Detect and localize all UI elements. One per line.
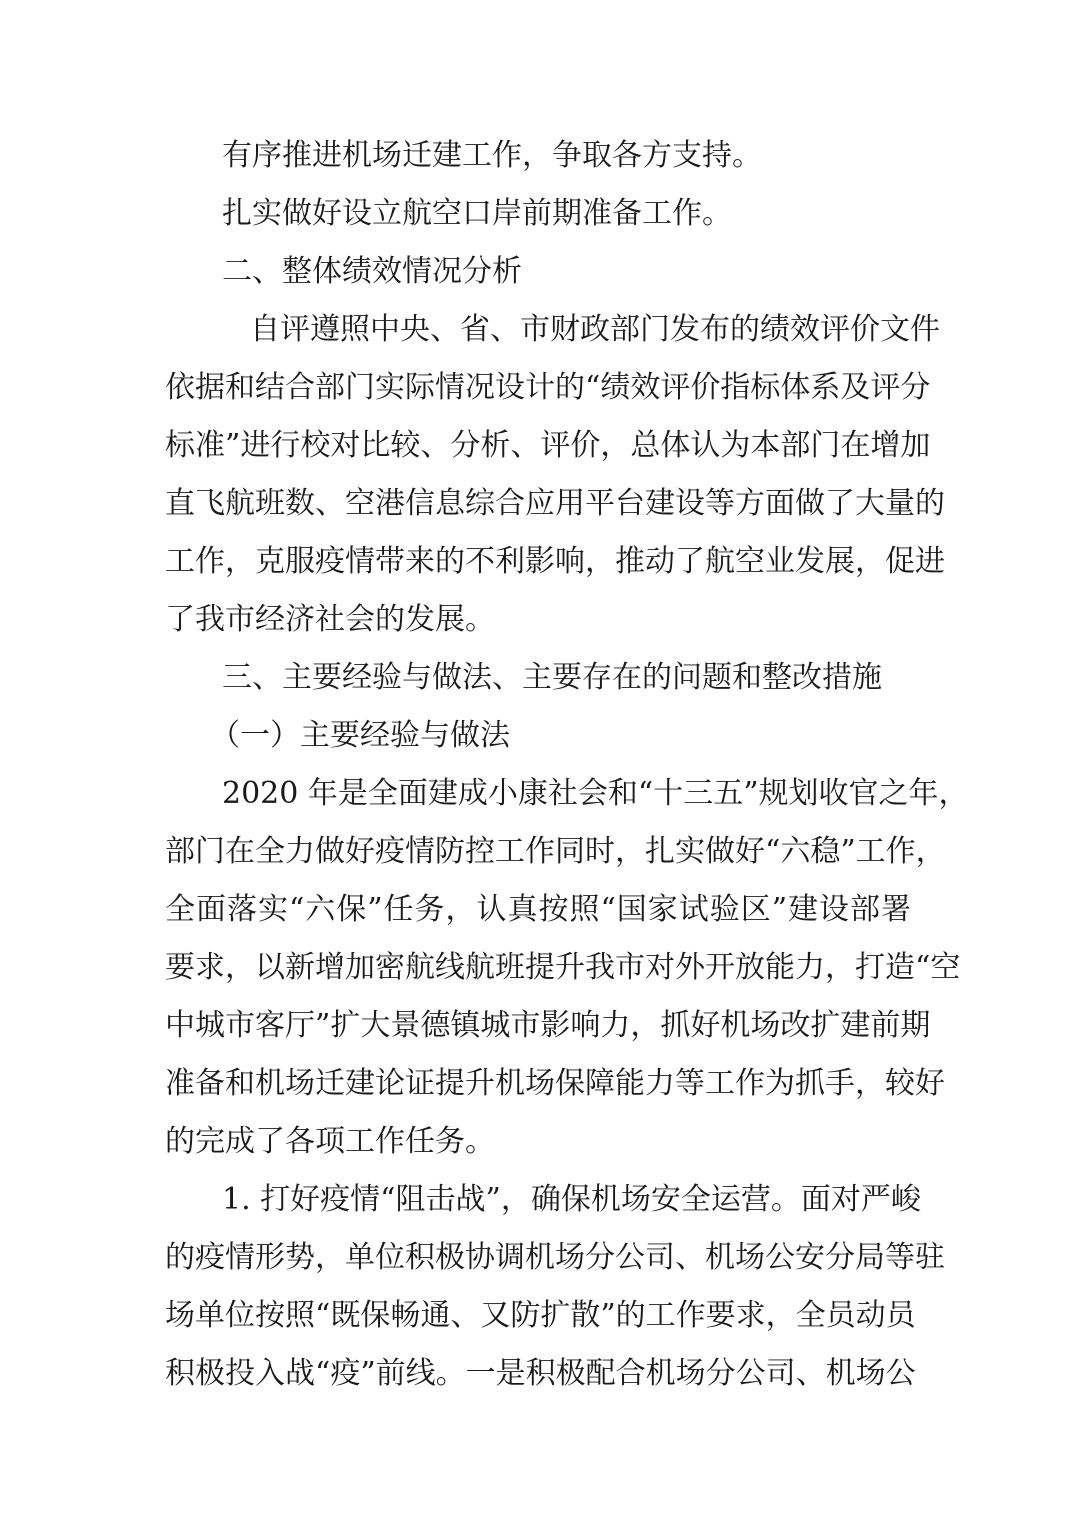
body-text-line: 2020 年是全面建成小康社会和“十三五”规划收官之年， — [222, 774, 911, 814]
body-text-line: 的完成了各项工作任务。 — [165, 1122, 911, 1162]
body-text-line: 有序推进机场迁建工作，争取各方支持。 — [222, 136, 911, 176]
body-text-line: 全面落实“六保”任务，认真按照“国家试验区”建设部署 — [165, 890, 911, 930]
body-text-line: 部门在全力做好疫情防控工作同时，扎实做好“六稳”工作， — [165, 832, 911, 872]
body-text-line: 自评遵照中央、省、市财政部门发布的绩效评价文件 — [250, 310, 911, 350]
body-text-line: 工作，克服疫情带来的不利影响，推动了航空业发展，促进 — [165, 542, 911, 582]
body-text-line: 直飞航班数、空港信息综合应用平台建设等方面做了大量的 — [165, 484, 911, 524]
body-text-line: 中城市客厅”扩大景德镇城市影响力，抓好机场改扩建前期 — [165, 1006, 911, 1046]
section-heading-3: 三、主要经验与做法、主要存在的问题和整改措施 — [222, 658, 911, 698]
section-heading-2: 二、整体绩效情况分析 — [222, 252, 911, 292]
body-text-line: 依据和结合部门实际情况设计的“绩效评价指标体系及评分 — [165, 368, 911, 408]
numbered-item-1: 1. 打好疫情“阻击战”，确保机场安全运营。面对严峻 — [222, 1180, 911, 1220]
body-text-line: 标准”进行校对比较、分析、评价，总体认为本部门在增加 — [165, 426, 911, 466]
body-text-line: 准备和机场迁建论证提升机场保障能力等工作为抓手，较好 — [165, 1064, 911, 1104]
body-text-line: 了我市经济社会的发展。 — [165, 600, 911, 640]
body-text-line: 的疫情形势，单位积极协调机场分公司、机场公安分局等驻 — [165, 1238, 911, 1278]
body-text-line: 场单位按照“既保畅通、又防扩散”的工作要求，全员动员 — [165, 1296, 911, 1336]
subsection-heading-1: （一）主要经验与做法 — [210, 716, 911, 756]
body-text-line: 要求，以新增加密航线航班提升我市对外开放能力，打造“空 — [165, 948, 911, 988]
document-page: 有序推进机场迁建工作，争取各方支持。 扎实做好设立航空口岸前期准备工作。 二、整… — [0, 0, 1074, 1520]
body-text-line: 扎实做好设立航空口岸前期准备工作。 — [222, 194, 911, 234]
body-text-line: 积极投入战“疫”前线。一是积极配合机场分公司、机场公 — [165, 1354, 911, 1394]
